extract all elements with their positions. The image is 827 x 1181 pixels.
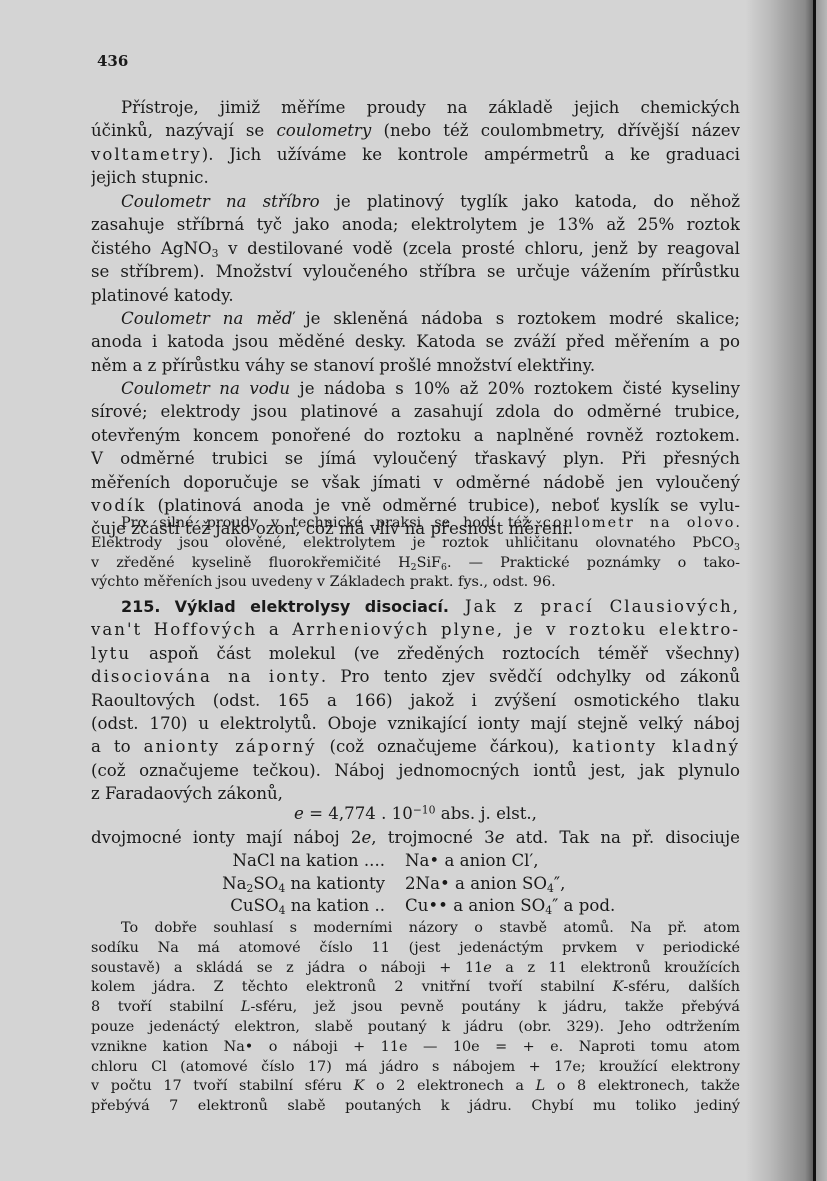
formula-line: e = 4,774 . 10−10 abs. j. elst., [91, 802, 740, 825]
adjacent-page-edge [816, 0, 827, 1181]
text-line: Coulometr na vodu je nádoba s 10% až 20%… [91, 377, 740, 400]
text-line: měřeních doporučuje se však jímati v odm… [91, 471, 740, 494]
text-line: účinků, nazývají se coulometry (nebo též… [91, 119, 740, 142]
text-line: platinové katody. [91, 284, 740, 307]
text-line: V odměrné trubici se jímá vyloučený třas… [91, 447, 740, 470]
text-line: vznikne kation Na• o náboji + 11e — 10e … [91, 1038, 740, 1058]
section-heading-line: 215. Výklad elektrolysy disociací. Jak z… [91, 595, 740, 618]
paragraph-atom-structure: To dobře souhlasí s moderními názory o s… [91, 919, 740, 1117]
text-line: Elektrody jsou olověné, elektrolytem je … [91, 534, 740, 554]
term-disociovana: disociována na ionty [91, 667, 321, 686]
text-line: v zředěné kyselině fluorokřemičité H2SiF… [91, 554, 740, 574]
term-vodik: vodík [91, 496, 146, 515]
text-line: disociována na ionty. Pro tento zjev svě… [91, 665, 740, 688]
text-line: přebývá 7 elektronů slabě poutaných k já… [91, 1097, 740, 1117]
text-line: Pro silné proudy v technické praksi se h… [91, 514, 740, 534]
text-line: čistého AgNO3 v destilované vodě (zcela … [91, 237, 740, 260]
text-line: To dobře souhlasí s moderními názory o s… [91, 919, 740, 939]
term-copper-coulometer: Coulometr na měď [121, 309, 293, 328]
section-215: 215. Výklad elektrolysy disociací. Jak z… [91, 595, 740, 806]
text-line: 8 tvoří stabilní L-sféru, jež jsou pevně… [91, 998, 740, 1018]
text-line: voltametry). Jich užíváme ke kontrole am… [91, 143, 740, 166]
text-line: otevřeným koncem ponořené do roztoku a n… [91, 424, 740, 447]
text-line: něm a z přírůstku váhy se stanoví prošlé… [91, 354, 740, 377]
paragraph-silver-coulometer: Coulometr na stříbro je platinový tyglík… [91, 190, 740, 307]
formula-elementary-charge: e = 4,774 . 10−10 abs. j. elst., [91, 802, 740, 825]
ion-row-nacl: NaCl na kation .... Na• a anion Cl′, [170, 850, 615, 873]
ion-row-cuso4: CuSO4 na kation .. Cu•• a anion SO4″ a p… [170, 895, 615, 918]
term-coulometry: coulometry [276, 121, 371, 140]
text-line: dvojmocné ionty mají náboj 2e, trojmocné… [91, 826, 740, 849]
text-line: v počtu 17 tvoří stabilní sféru K o 2 el… [91, 1077, 740, 1097]
text-line: chloru Cl (atomové číslo 17) má jádro s … [91, 1058, 740, 1078]
text-line: se stříbrem). Množství vyloučeného stříb… [91, 260, 740, 283]
section-number: 215. [121, 597, 160, 616]
text-line: jejich stupnic. [91, 166, 740, 189]
text-line: zasahuje stříbrná tyč jako anoda; elektr… [91, 213, 740, 236]
paragraph-ion-charges: dvojmocné ionty mají náboj 2e, trojmocné… [91, 826, 740, 849]
note-lead-coulometer: Pro silné proudy v technické praksi se h… [91, 514, 740, 593]
text-line: Přístroje, jimiž měříme proudy na základ… [91, 96, 740, 119]
text-line: anoda i katoda jsou měděné desky. Katoda… [91, 330, 740, 353]
text-line: kolem jádra. Z těchto elektronů 2 vnitřn… [91, 978, 740, 998]
text-line: lytu aspoň část molekul (ve zředěných ro… [91, 642, 740, 665]
text-line: Raoultových (odst. 165 a 166) jakož i zv… [91, 689, 740, 712]
text-line: pouze jedenáctý elektron, slabě poutaný … [91, 1018, 740, 1038]
text-line: Coulometr na stříbro je platinový tyglík… [91, 190, 740, 213]
paragraph-copper-coulometer: Coulometr na měď je skleněná nádoba s ro… [91, 307, 740, 377]
term-silver-coulometer: Coulometr na stříbro [121, 192, 320, 211]
text-line: sírové; elektrody jsou platinové a zasah… [91, 400, 740, 423]
term-lead-coulometer: coulometr na olovo [543, 515, 736, 531]
text-line: soustavě) a skládá se z jádra o náboji +… [91, 959, 740, 979]
term-voltametry: voltametry [91, 145, 202, 164]
term-anionty: anionty záporný [144, 737, 317, 756]
text-line: výchto měřeních jsou uvedeny v Základech… [91, 573, 740, 593]
scanned-book-page: 436 Přístroje, jimiž měříme proudy na zá… [0, 0, 827, 1181]
text-line: van't Hoffových a Arrheniových plyne, je… [91, 618, 740, 641]
paragraph-coulometers-intro: Přístroje, jimiž měříme proudy na základ… [91, 96, 740, 190]
ion-row-na2so4: Na2SO4 na kationty 2Na• a anion SO4″, [170, 873, 615, 896]
text-line: a to anionty záporný (což označujeme čár… [91, 735, 740, 758]
section-title: Výklad elektrolysy disociací. [175, 597, 449, 616]
text-line: Coulometr na měď je skleněná nádoba s ro… [91, 307, 740, 330]
page-number: 436 [97, 52, 128, 70]
term-water-coulometer: Coulometr na vodu [121, 379, 290, 398]
text-line: sodíku Na má atomové číslo 11 (jest jede… [91, 939, 740, 959]
text-line: (což označujeme tečkou). Náboj jednomocn… [91, 759, 740, 782]
text-line: (odst. 170) u elektrolytů. Oboje vznikaj… [91, 712, 740, 735]
term-kationty: kationty kladný [572, 737, 740, 756]
ion-dissociation-table: NaCl na kation .... Na• a anion Cl′, Na2… [170, 850, 615, 918]
